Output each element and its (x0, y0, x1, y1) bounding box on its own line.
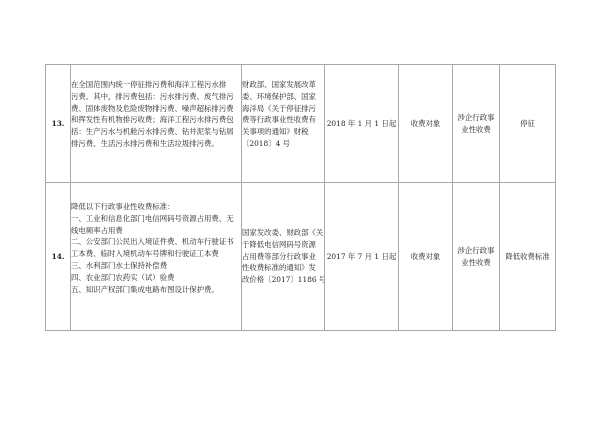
content-line: 污费。其中，排污费包括：污水排污费、废气排污 (71, 91, 241, 103)
fee-type-line: 业性收费 (453, 124, 499, 136)
effective-date-cell: 2018 年 1 月 1 日起 (325, 65, 399, 183)
basis-line: 〔2018〕4 号 (242, 138, 324, 150)
basis-line: 关事项的通知》财税 (242, 126, 324, 138)
effective-date-cell: 2017 年 7 月 1 日起 (325, 183, 399, 331)
fee-policy-table: 13. 在全国范围内统一停征排污费和海洋工程污水排 污费。其中，排污费包括：污水… (45, 64, 556, 331)
content-line: 括：生产污水与机舱污水排污费、钻井泥浆与钻屑 (71, 126, 241, 138)
measure-cell: 降低收费标准 (500, 183, 556, 331)
content-line: 降低以下行政事业性收费标准： (71, 201, 241, 213)
policy-content-cell: 降低以下行政事业性收费标准： 一、工业和信息化部门电信网码号资源占用费、无 线电… (71, 183, 242, 331)
category-cell: 收费对象 (399, 183, 453, 331)
content-line: 工本费、临时入境机动车号牌和行驶证工本费 (71, 248, 241, 260)
content-line: 二、公安部门公民出入境证件费、机动车行驶证书 (71, 236, 241, 248)
category-cell: 收费对象 (399, 65, 453, 183)
fee-type-line: 业性收费 (453, 257, 499, 269)
table-row: 14. 降低以下行政事业性收费标准： 一、工业和信息化部门电信网码号资源占用费、… (46, 183, 556, 331)
basis-line: 国家发改委、财政部《关 (242, 227, 324, 239)
content-line: 在全国范围内统一停征排污费和海洋工程污水排 (71, 79, 241, 91)
basis-line: 委、环境保护部、国家 (242, 91, 324, 103)
content-line: 和挥发性有机物排污收费；海洋工程污水排污费包 (71, 114, 241, 126)
document-page: 13. 在全国范围内统一停征排污费和海洋工程污水排 污费。其中，排污费包括：污水… (0, 0, 600, 424)
content-line: 线电频率占用费 (71, 225, 241, 237)
content-line: 费、固体废物及危险废物排污费、噪声超标排污费 (71, 103, 241, 115)
fee-type-cell: 涉企行政事 业性收费 (453, 183, 500, 331)
basis-line: 费等行政事业性收费有 (242, 114, 324, 126)
row-number: 13. (46, 65, 71, 183)
measure-cell: 停征 (500, 65, 556, 183)
content-line: 一、工业和信息化部门电信网码号资源占用费、无 (71, 213, 241, 225)
basis-line: 改价格〔2017〕1186 号 (242, 274, 324, 286)
basis-line: 于降低电信网码号资源 (242, 239, 324, 251)
policy-basis-cell: 财政部、国家发展改革 委、环境保护部、国家 海洋局《关于停征排污 费等行政事业性… (242, 65, 325, 183)
content-line: 四、农业部门农药实（试）验费 (71, 272, 241, 284)
content-line: 排污费、生活污水排污费和生活垃圾排污费。 (71, 138, 241, 150)
basis-line: 财政部、国家发展改革 (242, 79, 324, 91)
row-number: 14. (46, 183, 71, 331)
basis-line: 性收费标准的通知》发 (242, 262, 324, 274)
fee-type-cell: 涉企行政事 业性收费 (453, 65, 500, 183)
table-row: 13. 在全国范围内统一停征排污费和海洋工程污水排 污费。其中，排污费包括：污水… (46, 65, 556, 183)
policy-content-cell: 在全国范围内统一停征排污费和海洋工程污水排 污费。其中，排污费包括：污水排污费、… (71, 65, 242, 183)
basis-line: 海洋局《关于停征排污 (242, 103, 324, 115)
fee-type-line: 涉企行政事 (453, 245, 499, 257)
content-line: 三、水利部门水土保持补偿费 (71, 260, 241, 272)
fee-type-line: 涉企行政事 (453, 112, 499, 124)
basis-line: 占用费等部分行政事业 (242, 251, 324, 263)
content-line: 五、知识产权部门集成电路布图设计保护费。 (71, 284, 241, 296)
policy-basis-cell: 国家发改委、财政部《关 于降低电信网码号资源 占用费等部分行政事业 性收费标准的… (242, 183, 325, 331)
